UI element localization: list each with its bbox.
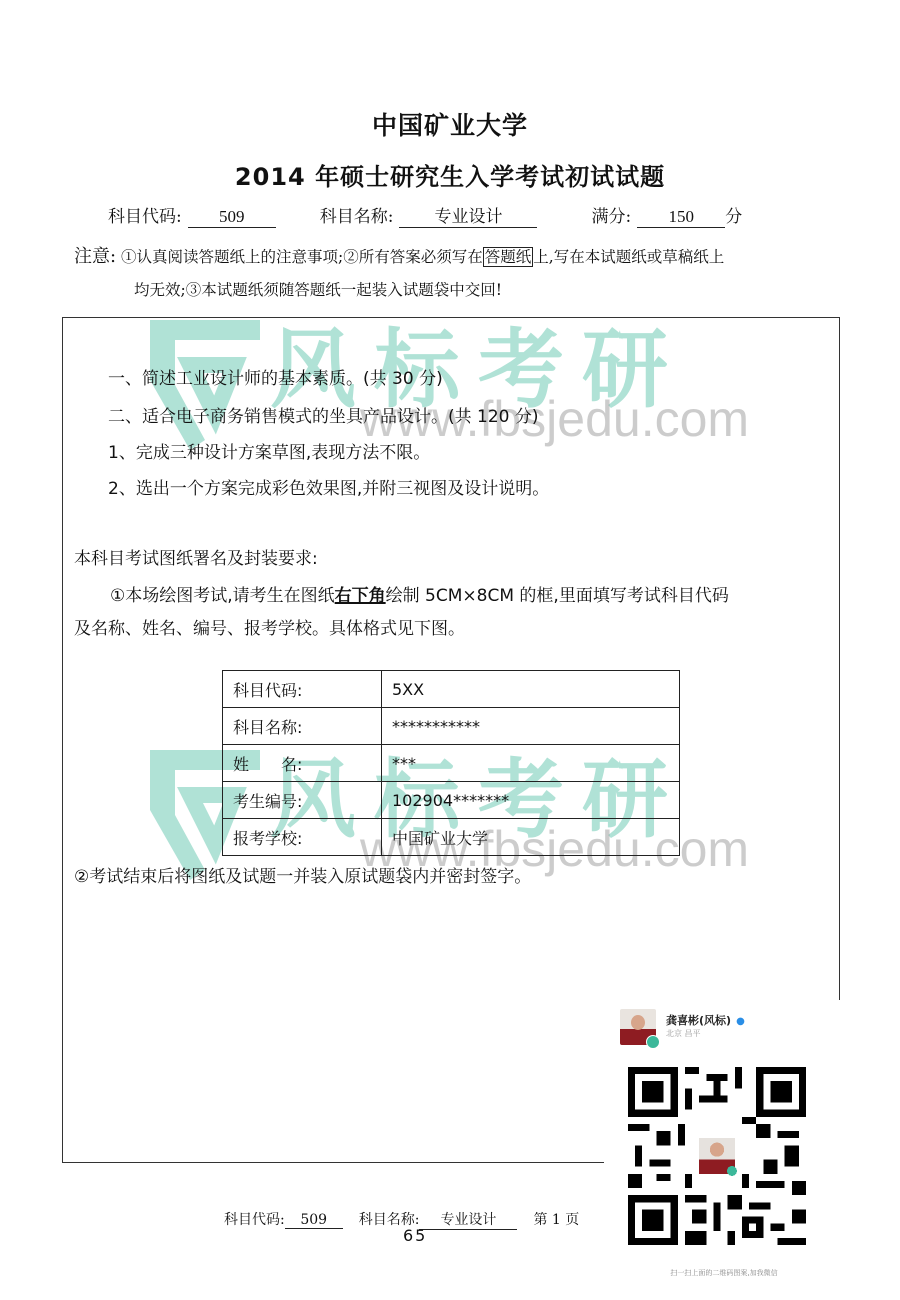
table-row: 姓 名: ***: [223, 745, 680, 782]
full-score: 150: [637, 207, 725, 228]
question-2: 二、适合电子商务销售模式的坐具产品设计。(共 120 分): [108, 402, 539, 427]
avatar: [620, 1009, 656, 1045]
notice: 注意: ①认真阅读答题纸上的注意事项;②所有答案必须写在答题纸上,写在本试题纸或…: [74, 240, 844, 307]
contact-location: 北京 昌平: [666, 1028, 745, 1039]
subject-code: 509: [188, 207, 276, 228]
requirements-item-2: ②考试结束后将图纸及试题一并装入原试题袋内并密封签字。: [74, 862, 531, 887]
table-key: 科目名称:: [223, 708, 382, 745]
table-value: ***: [382, 745, 680, 782]
notice-part1: ①认真阅读答题纸上的注意事项;②所有答案必须写在: [121, 248, 483, 266]
subject-name: 专业设计: [399, 202, 537, 228]
page-number: 65: [403, 1226, 427, 1245]
table-key: 考生编号:: [223, 782, 382, 819]
req-item1-emphasis: 右下角: [335, 586, 386, 606]
contact-header: 龚喜彬(风标) ● 北京 昌平: [620, 1009, 745, 1045]
notice-boxed: 答题纸: [483, 247, 534, 267]
score-unit: 分: [725, 202, 742, 227]
verified-badge-icon: [646, 1035, 660, 1049]
req-item1-before: ①本场绘图考试,请考生在图纸: [110, 586, 335, 606]
exam-title: 2014 年硕士研究生入学考试初试试题: [0, 157, 900, 192]
table-value: ***********: [382, 708, 680, 745]
table-value: 102904*******: [382, 782, 680, 819]
school-name: 中国矿业大学: [0, 106, 900, 142]
footer-page-label: 第 1 页: [533, 1209, 579, 1229]
table-row: 科目名称: ***********: [223, 708, 680, 745]
qr-caption: 扫一扫上面的二维码图案,加我微信: [604, 1268, 844, 1278]
table-value: 中国矿业大学: [382, 819, 680, 856]
question-2-item-2: 2、选出一个方案完成彩色效果图,并附三视图及设计说明。: [108, 474, 549, 499]
table-value: 5XX: [382, 671, 680, 708]
table-key: 报考学校:: [223, 819, 382, 856]
subject-code-label: 科目代码:: [108, 202, 182, 227]
requirements-item-1: ①本场绘图考试,请考生在图纸右下角绘制 5CM×8CM 的框,里面填写考试科目代…: [74, 580, 834, 646]
table-key: 科目代码:: [223, 671, 382, 708]
notice-label: 注意:: [74, 246, 116, 267]
exam-meta: 科目代码: 509 科目名称: 专业设计 满分: 150 分: [108, 202, 742, 228]
page-footer: 科目代码: 509 科目名称: 专业设计 第 1 页: [224, 1209, 579, 1230]
footer-name: 专业设计: [419, 1209, 517, 1230]
req-item1-line2: 及名称、姓名、编号、报考学校。具体格式见下图。: [74, 613, 834, 646]
requirements-title: 本科目考试图纸署名及封装要求:: [74, 544, 318, 569]
label-format-table: 科目代码: 5XX 科目名称: *********** 姓 名: *** 考生编…: [222, 670, 680, 856]
footer-code-label: 科目代码:: [224, 1209, 285, 1229]
full-score-label: 满分:: [591, 202, 631, 227]
table-row: 考生编号: 102904*******: [223, 782, 680, 819]
table-key: 姓 名:: [223, 745, 382, 782]
notice-part2: 上,写在本试题纸或草稿纸上: [533, 248, 724, 266]
footer-code: 509: [285, 1212, 343, 1229]
table-row: 报考学校: 中国矿业大学: [223, 819, 680, 856]
question-2-item-1: 1、完成三种设计方案草图,表现方法不限。: [108, 438, 430, 463]
req-item1-after: 绘制 5CM×8CM 的框,里面填写考试科目代码: [386, 586, 729, 606]
notice-line2: 均无效;③本试题纸须随答题纸一起装入试题袋中交回!: [74, 274, 844, 307]
person-icon: ●: [736, 1016, 745, 1027]
contact-name: 龚喜彬(风标): [666, 1014, 731, 1027]
table-row: 科目代码: 5XX: [223, 671, 680, 708]
subject-name-label: 科目名称:: [320, 202, 394, 227]
question-1: 一、简述工业设计师的基本素质。(共 30 分): [108, 364, 443, 389]
qr-code[interactable]: [628, 1067, 806, 1245]
